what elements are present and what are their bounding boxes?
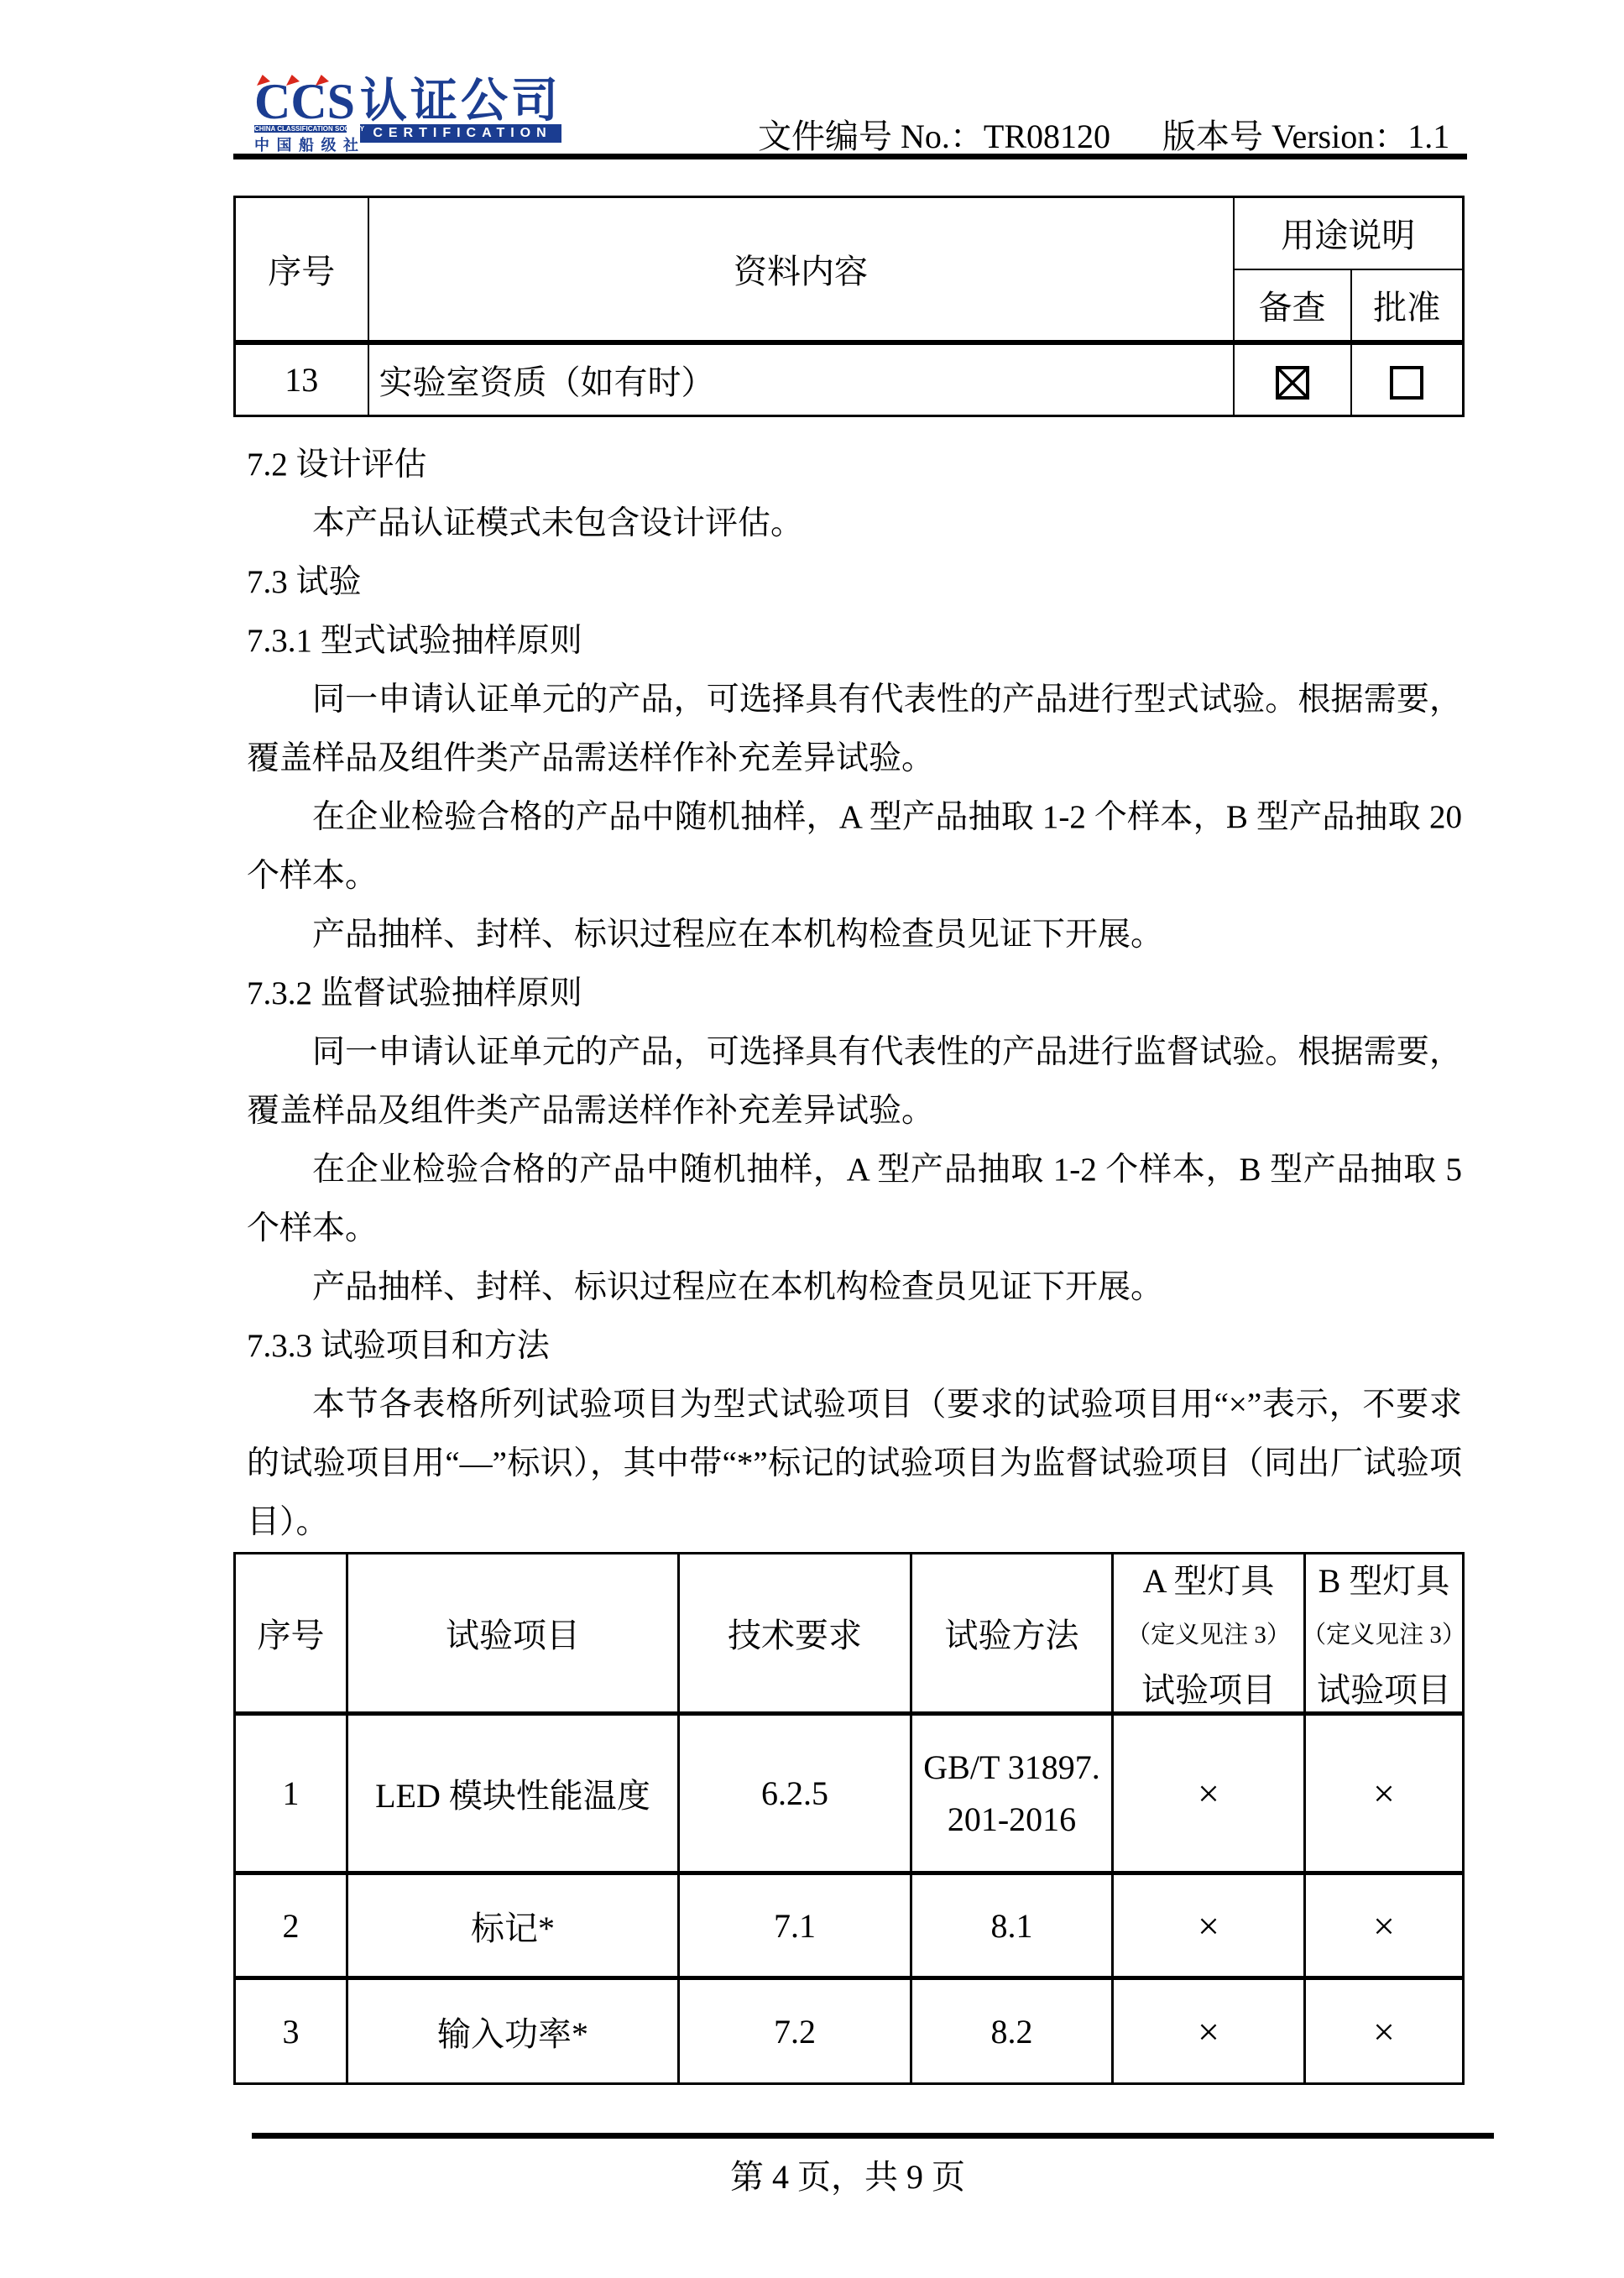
x-mark-icon (1279, 369, 1306, 396)
test-items-table: 序号 试验项目 技术要求 试验方法 A 型灯具 （定义见注 3） 试验项目 B … (233, 1552, 1465, 2085)
row-method: GB/T 31897.201-2016 (911, 1714, 1113, 1873)
paragraph: 在企业检验合格的产品中随机抽样，A 型产品抽取 1-2 个样本，B 型产品抽取 … (247, 788, 1462, 906)
paragraph: 产品抽样、封样、标识过程应在本机构检查员见证下开展。 (247, 906, 1462, 964)
col-header-content: 资料内容 (368, 197, 1234, 342)
logo-brand-cn: 认证公司 (360, 82, 561, 121)
row-seq: 13 (235, 342, 368, 416)
row-content: 实验室资质（如有时） (368, 342, 1234, 416)
beicha-checkbox (1276, 366, 1309, 400)
version-label: 版本号 Version： (1162, 118, 1407, 155)
paragraph: 产品抽样、封样、标识过程应在本机构检查员见证下开展。 (247, 1258, 1462, 1317)
pizhun-checkbox (1390, 366, 1423, 400)
type-b-line2: （定义见注 3） (1305, 1616, 1464, 1650)
type-b-line3: 试验项目 (1317, 1664, 1451, 1711)
paragraph: 同一申请认证单元的产品，可选择具有代表性的产品进行型式试验。根据需要，覆盖样品及… (247, 671, 1462, 788)
col-header-type-a: A 型灯具 （定义见注 3） 试验项目 (1113, 1554, 1305, 1714)
section-heading: 7.3.2 监督试验抽样原则 (247, 964, 1462, 1023)
paragraph: 本产品认证模式未包含设计评估。 (247, 494, 1462, 553)
col-header-seq: 序号 (235, 197, 368, 342)
row-requirement: 7.1 (679, 1873, 911, 1978)
doc-no-label: 文件编号 No.： (758, 118, 984, 155)
col-header-method: 试验方法 (911, 1554, 1113, 1714)
test-table-header-row: 序号 试验项目 技术要求 试验方法 A 型灯具 （定义见注 3） 试验项目 B … (235, 1554, 1464, 1714)
row-type-a-mark: × (1113, 1873, 1305, 1978)
ccs-logo-left: CCS CHINA CLASSIFICATION SOCIETY 中 国 船 级… (254, 82, 347, 155)
row-item: 输入功率* (347, 1978, 679, 2084)
row-requirement: 6.2.5 (679, 1714, 911, 1873)
footer-rule (252, 2133, 1494, 2139)
row-type-a-mark: × (1113, 1714, 1305, 1873)
ccs-logo: CCS CHINA CLASSIFICATION SOCIETY 中 国 船 级… (254, 82, 561, 155)
doc-no-value: TR08120 (984, 118, 1110, 155)
ccs-monogram: CCS (254, 82, 347, 123)
table-row: 1 LED 模块性能温度 6.2.5 GB/T 31897.201-2016 ×… (235, 1714, 1464, 1873)
col-header-type-b: B 型灯具 （定义见注 3） 试验项目 (1305, 1554, 1464, 1714)
row-method: 8.1 (911, 1873, 1113, 1978)
type-a-line3: 试验项目 (1141, 1664, 1276, 1711)
ccs-logo-right: 认证公司 CERTIFICATION (360, 82, 561, 143)
body-text: 7.2 设计评估 本产品认证模式未包含设计评估。 7.3 试验 7.3.1 型式… (233, 436, 1462, 1552)
row-type-b-mark: × (1305, 1873, 1464, 1978)
materials-header-row-1: 序号 资料内容 用途说明 (235, 197, 1464, 269)
page-content: 序号 资料内容 用途说明 备查 批准 13 实验室资质（如有时） (233, 196, 1462, 2085)
document-number-line: 文件编号 No.：TR08120版本号 Version：1.1 (758, 110, 1449, 158)
row-item: 标记* (347, 1873, 679, 1978)
row-seq: 2 (235, 1873, 347, 1978)
type-b-line1: B 型灯具 (1319, 1554, 1450, 1602)
col-header-item: 试验项目 (347, 1554, 679, 1714)
version-value: 1.1 (1407, 118, 1449, 155)
section-heading: 7.2 设计评估 (247, 436, 1462, 494)
table-row: 13 实验室资质（如有时） (235, 342, 1464, 416)
col-header-usage: 用途说明 (1234, 197, 1464, 269)
paragraph: 本节各表格所列试验项目为型式试验项目（要求的试验项目用“×”表示，不要求的试验项… (247, 1376, 1462, 1552)
row-seq: 1 (235, 1714, 347, 1873)
paragraph: 在企业检验合格的产品中随机抽样，A 型产品抽取 1-2 个样本，B 型产品抽取 … (247, 1141, 1462, 1258)
type-a-header-stack: A 型灯具 （定义见注 3） 试验项目 (1114, 1554, 1303, 1711)
row-item: LED 模块性能温度 (347, 1714, 679, 1873)
row-type-b-mark: × (1305, 1714, 1464, 1873)
col-header-seq: 序号 (235, 1554, 347, 1714)
logo-society-cn: 中 国 船 级 社 (254, 133, 347, 155)
col-header-check: 备查 (1234, 269, 1351, 342)
row-requirement: 7.2 (679, 1978, 911, 2084)
document-page: CCS CHINA CLASSIFICATION SOCIETY 中 国 船 级… (0, 0, 1624, 2278)
type-a-line1: A 型灯具 (1143, 1554, 1275, 1602)
materials-table: 序号 资料内容 用途说明 备查 批准 13 实验室资质（如有时） (233, 196, 1465, 417)
type-a-line2: （定义见注 3） (1126, 1616, 1291, 1650)
col-header-approve: 批准 (1351, 269, 1464, 342)
row-type-b-mark: × (1305, 1978, 1464, 2084)
col-header-requirement: 技术要求 (679, 1554, 911, 1714)
paragraph: 同一申请认证单元的产品，可选择具有代表性的产品进行监督试验。根据需要，覆盖样品及… (247, 1023, 1462, 1141)
row-seq: 3 (235, 1978, 347, 2084)
row-type-a-mark: × (1113, 1978, 1305, 2084)
ccs-logo-text: CCS (254, 74, 355, 129)
table-row: 2 标记* 7.1 8.1 × × (235, 1873, 1464, 1978)
page-number: 第 4 页，共 9 页 (233, 2150, 1462, 2198)
header-rule (233, 154, 1467, 159)
logo-certification-bar: CERTIFICATION (360, 124, 561, 143)
approve-cell (1351, 342, 1464, 416)
section-heading: 7.3.1 型式试验抽样原则 (247, 612, 1462, 671)
check-cell (1234, 342, 1351, 416)
section-heading: 7.3.3 试验项目和方法 (247, 1317, 1462, 1376)
table-row: 3 输入功率* 7.2 8.2 × × (235, 1978, 1464, 2084)
row-method: 8.2 (911, 1978, 1113, 2084)
section-heading: 7.3 试验 (247, 553, 1462, 612)
type-b-header-stack: B 型灯具 （定义见注 3） 试验项目 (1306, 1554, 1462, 1711)
